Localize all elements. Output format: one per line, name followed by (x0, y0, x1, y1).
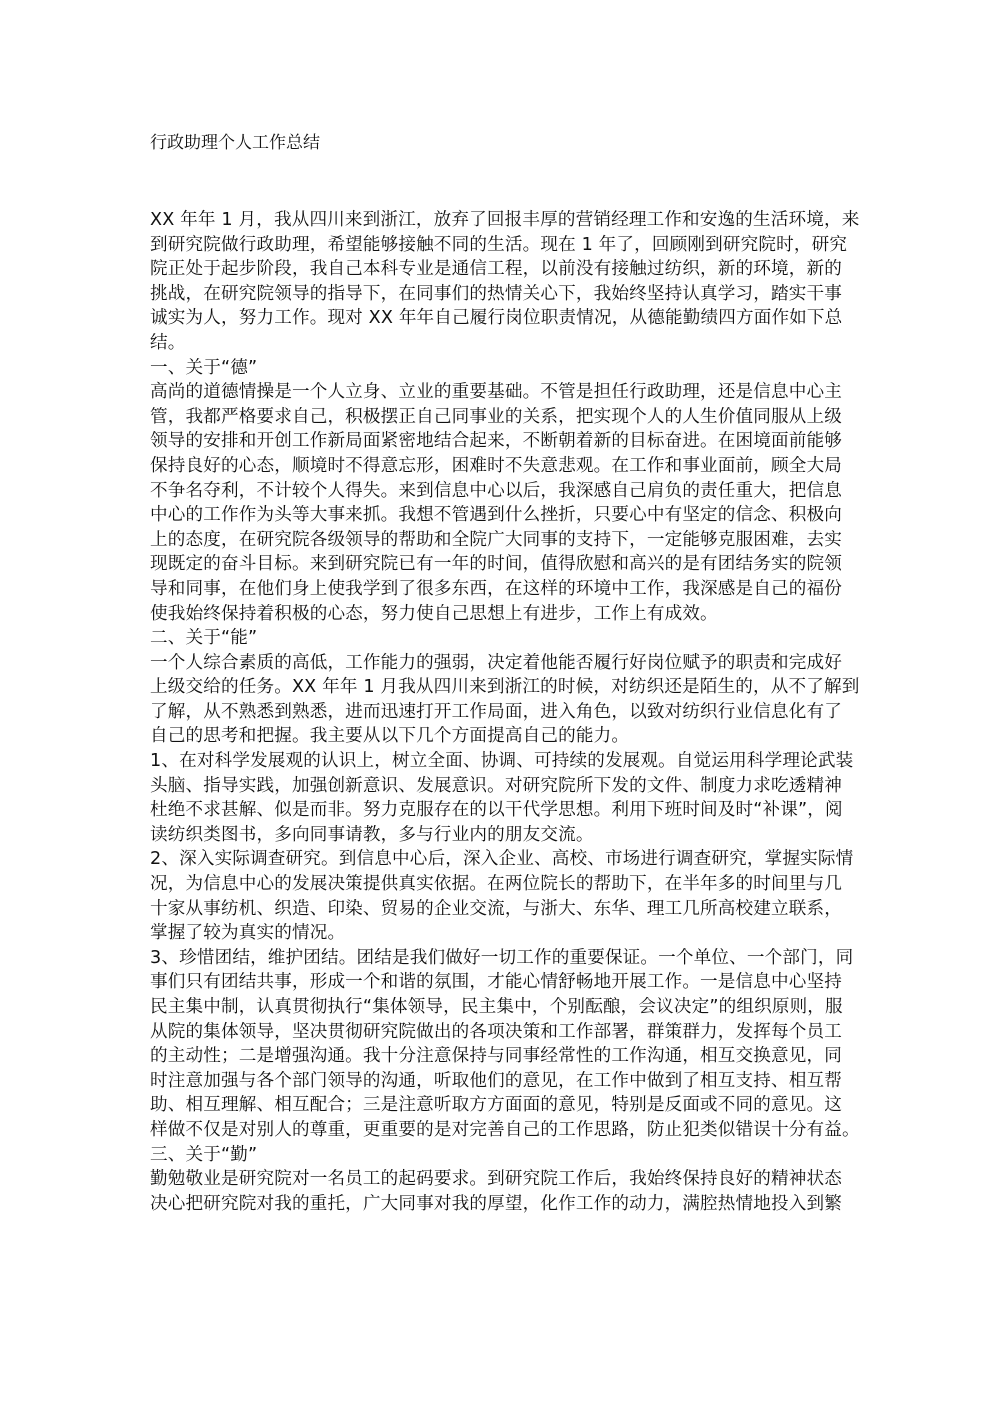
text-line: 的主动性；二是增强沟通。我十分注意保持与同事经常性的工作沟通，相互交换意见，同 (150, 1044, 862, 1069)
text-line: 诚实为人，努力工作。现对 XX 年年自己履行岗位职责情况，从德能勤绩四方面作如下… (150, 306, 862, 331)
text-line: 上的态度，在研究院各级领导的帮助和全院广大同事的支持下，一定能够克服困难，去实 (150, 528, 862, 553)
text-line: 况，为信息中心的发展决策提供真实依据。在两位院长的帮助下，在半年多的时间里与几 (150, 872, 862, 897)
text-line: 导和同事，在他们身上使我学到了很多东西，在这样的环境中工作，我深感是自己的福份 (150, 577, 862, 602)
text-line: 一个人综合素质的高低，工作能力的强弱，决定着他能否履行好岗位赋予的职责和完成好 (150, 651, 862, 676)
text-line: 挑战，在研究院领导的指导下，在同事们的热情关心下，我始终坚持认真学习，踏实干事 (150, 282, 862, 307)
text-line: 不争名夺利，不计较个人得失。来到信息中心以后，我深感自己肩负的责任重大，把信息 (150, 479, 862, 504)
text-line: 到研究院做行政助理，希望能够接触不同的生活。现在 1 年了，回顾刚到研究院时，研… (150, 233, 862, 258)
text-line: 现既定的奋斗目标。来到研究院已有一年的时间，值得欣慰和高兴的是有团结务实的院领 (150, 552, 862, 577)
text-line: 决心把研究院对我的重托，广大同事对我的厚望，化作工作的动力，满腔热情地投入到繁 (150, 1192, 862, 1217)
text-line: 二、关于“能” (150, 626, 862, 651)
text-line: 读纺织类图书，多向同事请教，多与行业内的朋友交流。 (150, 823, 862, 848)
text-line: 三、关于“勤” (150, 1143, 862, 1168)
text-line: 高尚的道德情操是一个人立身、立业的重要基础。不管是担任行政助理，还是信息中心主 (150, 380, 862, 405)
document-title: 行政助理个人工作总结 (150, 131, 320, 155)
text-line: 中心的工作作为头等大事来抓。我想不管遇到什么挫折，只要心中有坚定的信念、积极向 (150, 503, 862, 528)
text-line: XX 年年 1 月，我从四川来到浙江，放弃了回报丰厚的营销经理工作和安逸的生活环… (150, 208, 862, 233)
text-line: 上级交给的任务。XX 年年 1 月我从四川来到浙江的时候，对纺织还是陌生的，从不… (150, 675, 862, 700)
text-line: 掌握了较为真实的情况。 (150, 921, 862, 946)
text-line: 时注意加强与各个部门领导的沟通，听取他们的意见，在工作中做到了相互支持、相互帮 (150, 1069, 862, 1094)
text-line: 一、关于“德” (150, 356, 862, 381)
text-line: 领导的安排和开创工作新局面紧密地结合起来，不断朝着新的目标奋进。在困境面前能够 (150, 429, 862, 454)
text-line: 1、在对科学发展观的认识上，树立全面、协调、可持续的发展观。自觉运用科学理论武装 (150, 749, 862, 774)
text-line: 了解，从不熟悉到熟悉，进而迅速打开工作局面，进入角色，以致对纺织行业信息化有了 (150, 700, 862, 725)
text-line: 样做不仅是对别人的尊重，更重要的是对完善自己的工作思路，防止犯类似错误十分有益。 (150, 1118, 862, 1143)
text-line: 杜绝不求甚解、似是而非。努力克服存在的以干代学思想。利用下班时间及时“补课”，阅 (150, 798, 862, 823)
text-line: 管，我都严格要求自己，积极摆正自己同事业的关系，把实现个人的人生价值同服从上级 (150, 405, 862, 430)
text-line: 保持良好的心态，顺境时不得意忘形，困难时不失意悲观。在工作和事业面前，顾全大局 (150, 454, 862, 479)
text-line: 民主集中制，认真贯彻执行“集体领导，民主集中，个别酝酿，会议决定”的组织原则，服 (150, 995, 862, 1020)
text-line: 助、相互理解、相互配合；三是注意听取方方面面的意见，特别是反面或不同的意见。这 (150, 1093, 862, 1118)
text-line: 勤勉敬业是研究院对一名员工的起码要求。到研究院工作后，我始终保持良好的精神状态 (150, 1167, 862, 1192)
text-line: 2、深入实际调查研究。到信息中心后，深入企业、高校、市场进行调查研究，掌握实际情 (150, 847, 862, 872)
text-line: 使我始终保持着积极的心态，努力使自己思想上有进步，工作上有成效。 (150, 602, 862, 627)
text-line: 头脑、指导实践，加强创新意识、发展意识。对研究院所下发的文件、制度力求吃透精神 (150, 774, 862, 799)
text-line: 自己的思考和把握。我主要从以下几个方面提高自己的能力。 (150, 724, 862, 749)
document-body: XX 年年 1 月，我从四川来到浙江，放弃了回报丰厚的营销经理工作和安逸的生活环… (150, 208, 862, 1216)
text-line: 十家从事纺机、织造、印染、贸易的企业交流，与浙大、东华、理工几所高校建立联系， (150, 897, 862, 922)
text-line: 从院的集体领导，坚决贯彻研究院做出的各项决策和工作部署，群策群力，发挥每个员工 (150, 1020, 862, 1045)
text-line: 3、珍惜团结，维护团结。团结是我们做好一切工作的重要保证。一个单位、一个部门，同 (150, 946, 862, 971)
text-line: 结。 (150, 331, 862, 356)
text-line: 院正处于起步阶段，我自己本科专业是通信工程，以前没有接触过纺织，新的环境，新的 (150, 257, 862, 282)
text-line: 事们只有团结共事，形成一个和谐的氛围，才能心情舒畅地开展工作。一是信息中心坚持 (150, 970, 862, 995)
